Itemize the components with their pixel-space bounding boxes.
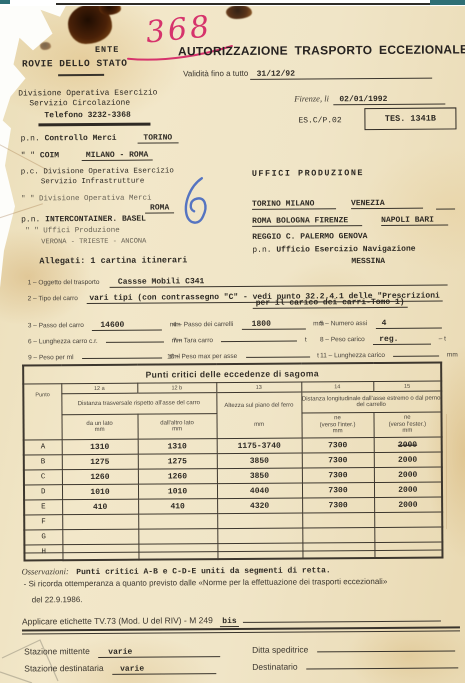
cell-15 xyxy=(374,527,442,542)
recipient-prefix: p.n. xyxy=(21,134,40,143)
form-item-4-label: 4 – Passo dei carrelli xyxy=(173,321,233,328)
note-line-1: - Si ricorda ottemperanza a quanto previ… xyxy=(24,577,388,589)
speditrice-label: Ditta speditrice xyxy=(252,644,308,654)
uffici-row5: MESSINA xyxy=(351,257,385,266)
form-item-7-label: 7 – Tara carro xyxy=(173,337,213,344)
cell-14: 7300 xyxy=(302,468,374,484)
destinataria-label: Stazione destinataria xyxy=(24,663,103,674)
note-line-2: del 22.9.1986. xyxy=(32,595,83,604)
blank-line xyxy=(243,612,441,623)
cell-punto: C xyxy=(24,470,62,485)
col-header-punto: Punto xyxy=(23,384,61,440)
cell-14: 7300 xyxy=(302,483,374,499)
uffici-row2b: NAPOLI BARI xyxy=(381,215,448,225)
cell-13: 1175-3740 xyxy=(217,438,302,454)
col-header-12b-unit: mm xyxy=(138,426,216,433)
scan-corner-mark-right xyxy=(430,0,465,5)
page-title: AUTORIZZAZIONE TRASPORTO ECCEZIONALE xyxy=(178,42,465,58)
col-header-12a: da un lato mm xyxy=(61,414,137,440)
paper-sheet: 368 ENTE ROVIE DELLO STATO Divisione Ope… xyxy=(0,6,465,683)
recipient-row: p.n. INTERCONTAINER. BASEL xyxy=(21,215,146,225)
blank-line xyxy=(221,332,297,343)
recipient-prefix: p.n. xyxy=(21,215,40,224)
cell-punto: B xyxy=(24,455,62,470)
allegati-line: Allegati: 1 cartina itinerari xyxy=(39,255,187,266)
recipient-prefix: p.c. xyxy=(21,168,39,176)
blank-line xyxy=(246,347,310,357)
cell-13 xyxy=(217,528,302,544)
place-date-line: Firenze, li 02/01/1992 xyxy=(294,88,445,107)
letterhead-service: Servizio Circolazione xyxy=(29,99,130,109)
blank-line xyxy=(106,332,164,342)
col-header-14: ne (verso l'inter.) mm xyxy=(301,413,373,439)
cell-12a: 1010 xyxy=(62,484,138,500)
destinatario-line: Destinatario xyxy=(252,655,458,674)
recipient-row: " " COIM MILANO - ROMA xyxy=(21,151,153,161)
form-item-10: 10 – Peso max per asse t xyxy=(167,344,319,363)
cell-12b xyxy=(138,514,217,530)
document-content: 368 ENTE ROVIE DELLO STATO Divisione Ope… xyxy=(0,6,465,683)
col-number-13: 13 xyxy=(216,382,301,393)
cell-14: 7300 xyxy=(302,498,374,514)
form-item-11-unit: mm xyxy=(447,351,458,358)
recipient-row: " " Divisione Operativa Merci xyxy=(21,195,152,204)
recipient-label: INTERCONTAINER. BASEL xyxy=(45,215,146,225)
recipient-value: ROMA xyxy=(145,203,174,213)
recipient-label: Uffici Produzione xyxy=(43,227,120,236)
cell-12b xyxy=(138,529,217,545)
form-item-2-value2: per il carico dei carri-Tomo 1) xyxy=(253,298,408,309)
uffici-row4: p.n. Ufficio Esercizio Navigazione xyxy=(252,245,415,255)
form-item-3-label: 3 – Passo del carro xyxy=(28,322,84,329)
col-number-12b: 12 b xyxy=(137,383,216,394)
form-item-6-label: 6 – Lunghezza carro c.r. xyxy=(28,338,98,345)
uffici-row1a: TORINO MILANO xyxy=(252,199,336,210)
cell-12a: 410 xyxy=(62,499,138,515)
cell-punto: D xyxy=(24,485,62,500)
recipient-prefix: " " xyxy=(21,151,35,160)
col-header-13: Altezza sul piano del ferro xyxy=(217,402,301,410)
group-header-altezza: Altezza sul piano del ferro mm xyxy=(216,392,301,439)
cell-14 xyxy=(302,513,374,529)
date-value: 02/01/1992 xyxy=(333,95,445,106)
etichette-suffix: bis xyxy=(220,617,238,627)
cell-14 xyxy=(302,528,374,544)
validity-line: Validità fino a tutto 31/12/92 xyxy=(183,68,433,81)
letterhead-phone-rule xyxy=(38,123,150,126)
cell-12b: 1310 xyxy=(138,439,217,455)
uffici-row1b: VENEZIA xyxy=(351,199,423,209)
cell-13: 4040 xyxy=(217,483,302,499)
cell-12a: 1275 xyxy=(62,454,138,470)
osservazioni-label: Osservazioni: xyxy=(22,566,69,576)
col-number-14: 14 xyxy=(301,382,373,393)
letterhead-division: Divisione Operativa Esercizio xyxy=(18,89,157,99)
blue-pen-mark xyxy=(180,172,222,230)
cell-punto: F xyxy=(24,515,62,530)
cell-12b: 410 xyxy=(138,499,217,515)
recipient-label2: VERONA - TRIESTE - ANCONA xyxy=(41,238,146,247)
col-header-12a-unit: mm xyxy=(62,427,137,434)
form-item-9: 9 – Peso per ml t/ml xyxy=(28,345,180,364)
cell-15 xyxy=(374,512,442,527)
cell-13: 4320 xyxy=(217,498,302,514)
cell-13: 3850 xyxy=(217,468,302,484)
form-item-8-label: 8 – Peso carico xyxy=(320,336,365,343)
scanned-document: 368 ENTE ROVIE DELLO STATO Divisione Ope… xyxy=(0,0,465,683)
cell-15: 2000 xyxy=(374,452,442,467)
recipient-prefix: " " xyxy=(25,227,39,235)
form-item-10-unit: t xyxy=(317,352,319,359)
blank-line xyxy=(393,347,439,357)
cell-15: 2000 xyxy=(374,482,442,497)
recipient-row: p.c. Divisione Operativa Esercizio xyxy=(21,167,174,176)
place-label: Firenze, li xyxy=(294,93,329,103)
cell-13 xyxy=(217,513,302,529)
cell-12b: 1275 xyxy=(138,454,217,470)
recipient-value: TORINO xyxy=(137,133,178,143)
col-header-13-unit: mm xyxy=(217,421,301,429)
destinataria-line: Stazione destinataria varie xyxy=(24,657,216,676)
letterhead-org-top: ENTE xyxy=(95,45,119,55)
blank-line xyxy=(436,199,455,209)
blank-line xyxy=(317,641,455,652)
ref-code: ES.C/P.02 xyxy=(298,116,341,125)
recipient-label: Divisione Operativa Merci xyxy=(39,195,152,204)
recipient-label: Divisione Operativa Esercizio xyxy=(43,167,174,176)
cell-14: 7300 xyxy=(302,438,374,454)
tes-code-box: TES. 1341B xyxy=(364,107,456,130)
cell-14: 7300 xyxy=(302,453,374,469)
osservazioni-text: Punti critici A-B e C-D-E uniti da segme… xyxy=(76,566,331,577)
uffici-row4-prefix: p.n. xyxy=(252,246,271,255)
cell-12b: 1010 xyxy=(138,484,217,500)
group-header-longitudinale: Distanza longitudinale dall'asse estremo… xyxy=(301,391,441,413)
separator-rule xyxy=(22,630,460,634)
validity-label: Validità fino a tutto xyxy=(183,69,248,78)
col-header-14-unit: mm xyxy=(302,428,373,435)
cell-punto: E xyxy=(24,500,62,515)
recipient-label2: Servizio Infrastrutture xyxy=(41,178,145,187)
uffici-row4-label: Ufficio Esercizio Navigazione xyxy=(276,245,415,255)
form-item-7-unit: t xyxy=(305,336,307,343)
col-header-15: ne (verso l'ester.) mm xyxy=(373,412,441,437)
cell-12a xyxy=(62,529,138,545)
cell-15: 2000 xyxy=(374,497,442,512)
recipient-value: MILANO - ROMA xyxy=(82,151,152,161)
form-item-8-unit: – t xyxy=(439,336,446,343)
blank-line xyxy=(82,348,162,359)
form-item-10-label: 10 – Peso max per asse xyxy=(167,353,237,360)
osservazioni-line: Osservazioni: Punti critici A-B e C-D-E … xyxy=(22,559,331,579)
letterhead-rule xyxy=(58,74,104,76)
col-header-15-unit: mm xyxy=(374,428,441,435)
destinataria-value: varie xyxy=(112,664,216,675)
cell-12b: 1260 xyxy=(138,469,217,485)
cell-15: 2000 xyxy=(374,467,442,482)
cell-12a xyxy=(62,514,138,530)
uffici-title: UFFICI PRODUZIONE xyxy=(252,168,364,179)
form-item-2-label: 2 – Tipo del carro xyxy=(28,295,78,302)
recipient-label: COIM xyxy=(40,151,59,160)
group-header-trasversale: Distanza trasversale rispetto all'asse d… xyxy=(61,393,216,415)
form-item-1-label: 1 – Oggetto del trasporto xyxy=(28,279,100,287)
letterhead-phone: Telefono 3232-3368 xyxy=(44,111,130,121)
col-number-15: 15 xyxy=(373,381,441,391)
etichette-label: Applicare etichette TV.73 (Mod. U del RI… xyxy=(22,615,213,626)
cell-13: 3850 xyxy=(217,453,302,469)
blank-line xyxy=(306,658,458,669)
form-item-11-label: 11 – Lunghezza carico xyxy=(320,352,385,359)
col-number-12a: 12 a xyxy=(61,383,137,394)
recipient-row: p.n. Controllo Merci TORINO xyxy=(21,133,179,143)
destinatario-label: Destinatario xyxy=(252,662,297,672)
uffici-row2a: ROMA BOLOGNA FIRENZE xyxy=(252,216,362,227)
recipient-prefix: " " xyxy=(21,195,35,203)
scan-top-edge-line xyxy=(56,3,465,5)
validity-value: 31/12/92 xyxy=(251,69,433,80)
cell-15: 2000 xyxy=(374,437,442,452)
cell-punto: A xyxy=(24,440,62,455)
col-header-12b: dall'altro lato mm xyxy=(137,414,216,440)
form-item-11: 11 – Lunghezza carico mm xyxy=(320,343,458,362)
critical-points-table: Punti critici delle eccedenze di sagoma … xyxy=(22,362,443,562)
cell-12a: 1310 xyxy=(62,439,138,455)
form-item-5-label: 5 – Numero assi xyxy=(320,320,367,327)
recipient-label: Controllo Merci xyxy=(45,134,117,144)
tes-code: TES. 1341B xyxy=(385,114,436,124)
scan-corner-mark-left xyxy=(0,0,10,4)
recipient-row: " " Uffici Produzione xyxy=(25,227,120,236)
cell-punto: G xyxy=(24,530,62,545)
uffici-row3: REGGIO C. PALERMO GENOVA xyxy=(252,232,367,242)
form-item-9-label: 9 – Peso per ml xyxy=(28,354,74,361)
cell-12a: 1260 xyxy=(62,469,138,485)
letterhead-org-main: ROVIE DELLO STATO xyxy=(22,58,127,70)
mittente-label: Stazione mittente xyxy=(24,646,90,656)
